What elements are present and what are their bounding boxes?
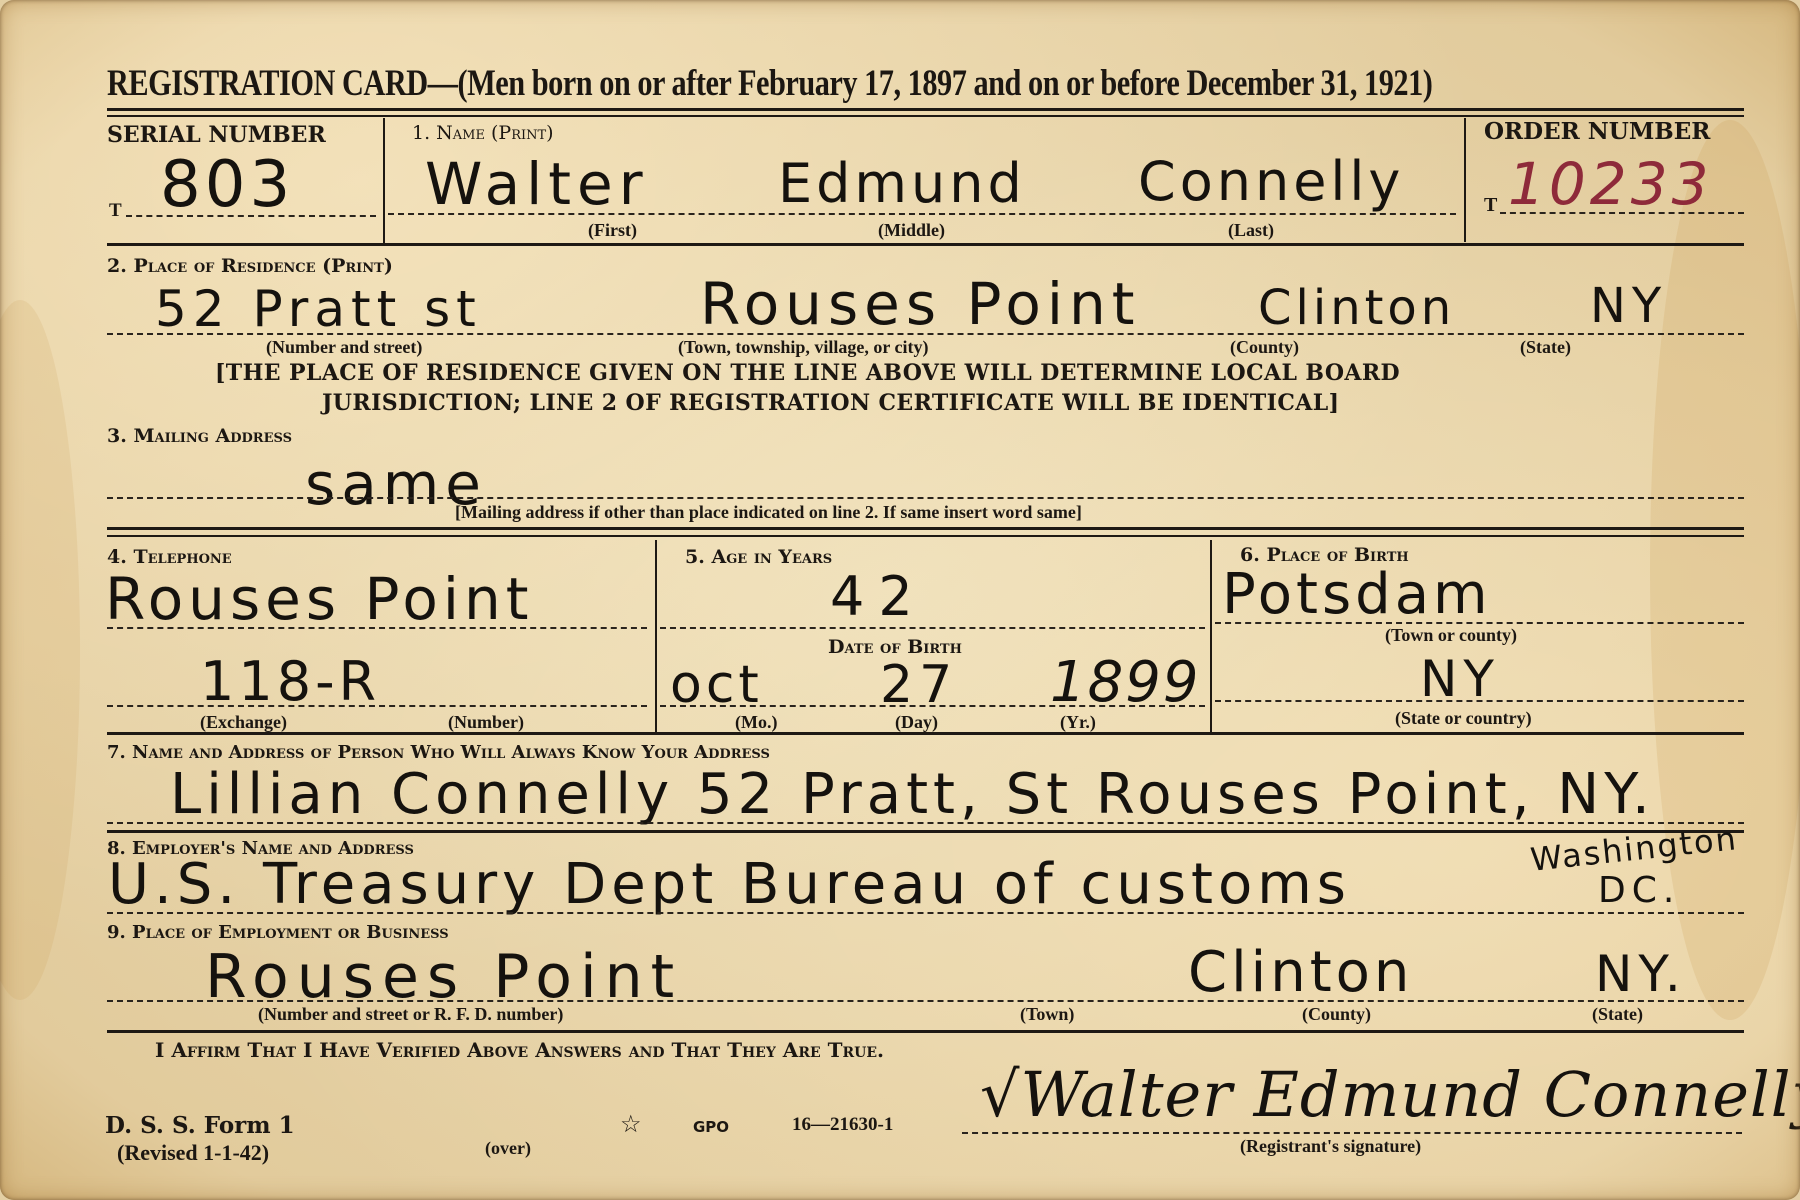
- telephone-exchange-value[interactable]: Rouses Point: [105, 565, 534, 633]
- employment-label: 9. Place of Employment or Business: [107, 922, 449, 943]
- residence-notice-line1: [THE PLACE OF RESIDENCE GIVEN ON THE LIN…: [215, 360, 1400, 386]
- card-title: REGISTRATION CARD—(Men born on or after …: [107, 62, 1432, 105]
- contact-value[interactable]: Lillian Connelly 52 Pratt, St Rouses Poi…: [170, 762, 1655, 827]
- residence-street-value[interactable]: 52 Pratt st: [155, 280, 482, 338]
- street-sublabel: (Number and street): [266, 337, 422, 358]
- divider: [107, 1030, 1744, 1033]
- employment-street-sublabel: (Number and street or R. F. D. number): [258, 1004, 563, 1025]
- name-line: [388, 213, 1456, 215]
- divider: [107, 830, 1744, 833]
- birthplace-town-value[interactable]: Potsdam: [1222, 562, 1492, 627]
- telephone-number-value[interactable]: 118-R: [200, 650, 380, 713]
- exchange-sublabel: (Exchange): [200, 712, 287, 733]
- middle-name-value[interactable]: Edmund: [778, 152, 1026, 215]
- employment-town-sublabel: (Town): [1020, 1004, 1074, 1025]
- residence-state-value[interactable]: NY: [1590, 278, 1667, 334]
- form-name: D. S. S. Form 1: [105, 1112, 295, 1139]
- divider: [107, 108, 1744, 111]
- serial-line: [126, 215, 376, 217]
- serial-number-label: SERIAL NUMBER: [107, 122, 326, 148]
- age-value[interactable]: 42: [830, 565, 927, 628]
- registration-card: REGISTRATION CARD—(Men born on or after …: [0, 0, 1800, 1200]
- residence-town-value[interactable]: Rouses Point: [700, 270, 1141, 338]
- affirmation-text: I Affirm That I Have Verified Above Answ…: [155, 1038, 884, 1062]
- star-icon: ☆: [620, 1110, 642, 1138]
- last-name-value[interactable]: Connelly: [1138, 150, 1404, 213]
- residence-line: [107, 333, 1744, 335]
- divider: [107, 527, 1744, 530]
- divider: [1210, 540, 1212, 732]
- year-sublabel: (Yr.): [1060, 712, 1096, 733]
- mailing-address-label: 3. Mailing Address: [107, 425, 292, 447]
- employment-county-value[interactable]: Clinton: [1188, 940, 1413, 1005]
- first-name-value[interactable]: Walter: [425, 150, 649, 218]
- first-sublabel: (First): [588, 220, 637, 241]
- birthplace-state-sublabel: (State or country): [1395, 708, 1532, 729]
- birthplace-state-line: [1215, 700, 1744, 702]
- print-code: 16—21630-1: [792, 1114, 893, 1136]
- divider: [107, 732, 1744, 735]
- birthplace-town-line: [1215, 622, 1744, 624]
- employer-location-line2[interactable]: DC.: [1598, 870, 1680, 911]
- residence-county-value[interactable]: Clinton: [1258, 280, 1455, 336]
- number-sublabel: (Number): [448, 712, 524, 733]
- order-prefix: T: [1484, 194, 1497, 217]
- month-sublabel: (Mo.): [735, 712, 777, 733]
- telephone-line-1: [107, 627, 647, 629]
- name-label: 1. Name (Print): [412, 122, 554, 144]
- dob-line: [660, 705, 1205, 707]
- serial-prefix: T: [109, 200, 122, 222]
- state-sublabel: (State): [1520, 337, 1571, 358]
- contact-label: 7. Name and Address of Person Who Will A…: [107, 742, 770, 763]
- divider: [1464, 118, 1466, 242]
- age-label: 5. Age in Years: [685, 546, 832, 568]
- form-revised: (Revised 1-1-42): [117, 1140, 269, 1166]
- birthplace-town-sublabel: (Town or county): [1385, 625, 1517, 646]
- registrant-signature[interactable]: √Walter Edmund Connelly: [980, 1058, 1800, 1131]
- contact-line: [107, 822, 1744, 824]
- order-number-value[interactable]: 10233: [1508, 150, 1713, 218]
- town-sublabel: (Town, township, village, or city): [678, 337, 929, 358]
- employment-county-sublabel: (County): [1302, 1004, 1371, 1025]
- divider: [655, 540, 657, 732]
- signature-sublabel: (Registrant's signature): [1240, 1136, 1421, 1157]
- employment-state-value[interactable]: NY.: [1595, 945, 1687, 1003]
- residence-label: 2. Place of Residence (Print): [107, 255, 393, 277]
- mailing-hint: [Mailing address if other than place ind…: [455, 502, 1082, 523]
- telephone-line-2: [107, 705, 647, 707]
- age-line: [660, 627, 1205, 629]
- mailing-line: [107, 497, 1744, 499]
- order-number-label: ORDER NUMBER: [1484, 118, 1710, 145]
- gpo-mark: GPO: [693, 1118, 729, 1136]
- divider: [107, 535, 1744, 537]
- middle-sublabel: (Middle): [878, 220, 945, 241]
- divider: [107, 243, 1744, 246]
- county-sublabel: (County): [1230, 337, 1299, 358]
- employment-state-sublabel: (State): [1592, 1004, 1643, 1025]
- order-line: [1500, 212, 1744, 214]
- last-sublabel: (Last): [1228, 220, 1274, 241]
- serial-number-value[interactable]: 803: [160, 148, 294, 222]
- signature-line: [962, 1132, 1742, 1134]
- employment-line: [107, 1000, 1744, 1002]
- residence-notice-line2: JURISDICTION; LINE 2 OF REGISTRATION CER…: [322, 390, 1339, 416]
- divider: [383, 118, 385, 245]
- over-note: (over): [485, 1138, 531, 1159]
- paper-stain: [0, 300, 80, 1000]
- day-sublabel: (Day): [895, 712, 938, 733]
- employer-line: [107, 912, 1744, 914]
- employer-value[interactable]: U.S. Treasury Dept Bureau of customs: [108, 852, 1351, 917]
- divider: [107, 115, 1744, 117]
